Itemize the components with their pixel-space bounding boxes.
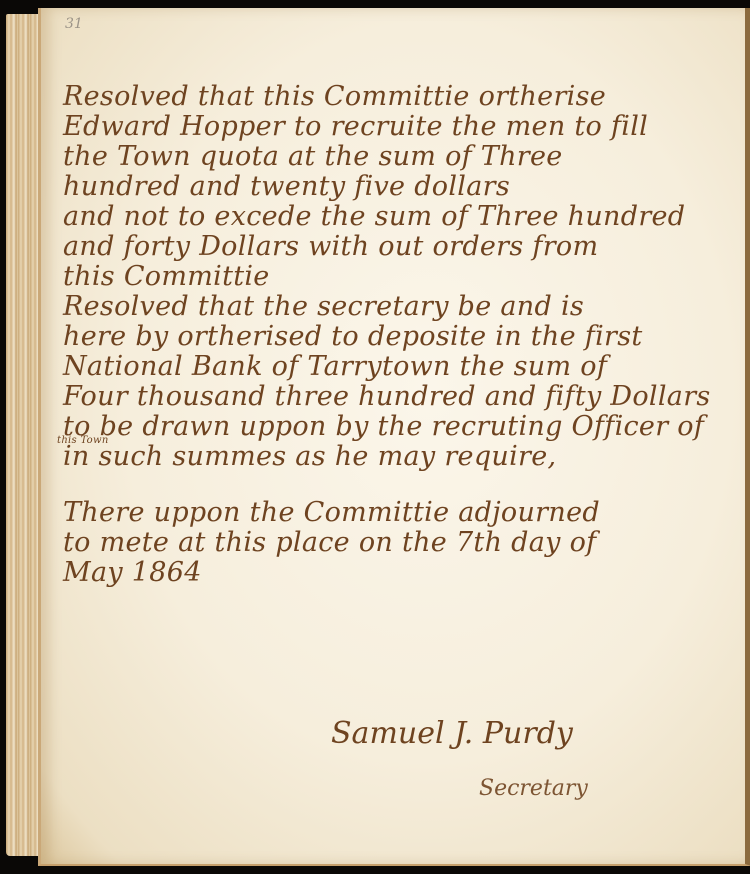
signature-title: Secretary <box>479 776 588 801</box>
text-line-content: in such summes as he may require, <box>63 441 556 472</box>
text-line: this Town in such summes as he may requi… <box>63 442 743 472</box>
minutes-text: Resolved that this Committie ortherise E… <box>63 46 743 588</box>
closing-line: There uppon the Committie adjourned <box>63 498 743 528</box>
text-line: and forty Dollars with out orders from <box>63 232 743 262</box>
text-line: National Bank of Tarrytown the sum of <box>63 352 743 382</box>
page-number: 31 <box>65 16 83 32</box>
text-line: Resolved that the secretary be and is <box>63 292 743 322</box>
text-line: this Committie <box>63 262 743 292</box>
text-line: the Town quota at the sum of Three <box>63 142 743 172</box>
ledger-page: 31 Resolved that this Committie ortheris… <box>38 8 750 866</box>
text-line: here by ortherised to deposite in the fi… <box>63 322 743 352</box>
interlinear-insertion: this Town <box>57 436 109 446</box>
text-line: Edward Hopper to recruite the men to fil… <box>63 112 743 142</box>
closing-line: May 1864 <box>63 558 743 588</box>
text-line: to be drawn uppon by the recruting Offic… <box>63 412 743 442</box>
text-line: Resolved that this Committie ortherise <box>63 82 743 112</box>
signature-name: Samuel J. Purdy <box>331 716 573 751</box>
text-line: and not to excede the sum of Three hundr… <box>63 202 743 232</box>
text-line: Four thousand three hundred and fifty Do… <box>63 382 743 412</box>
text-line: hundred and twenty five dollars <box>63 172 743 202</box>
closing-line: to mete at this place on the 7th day of <box>63 528 743 558</box>
